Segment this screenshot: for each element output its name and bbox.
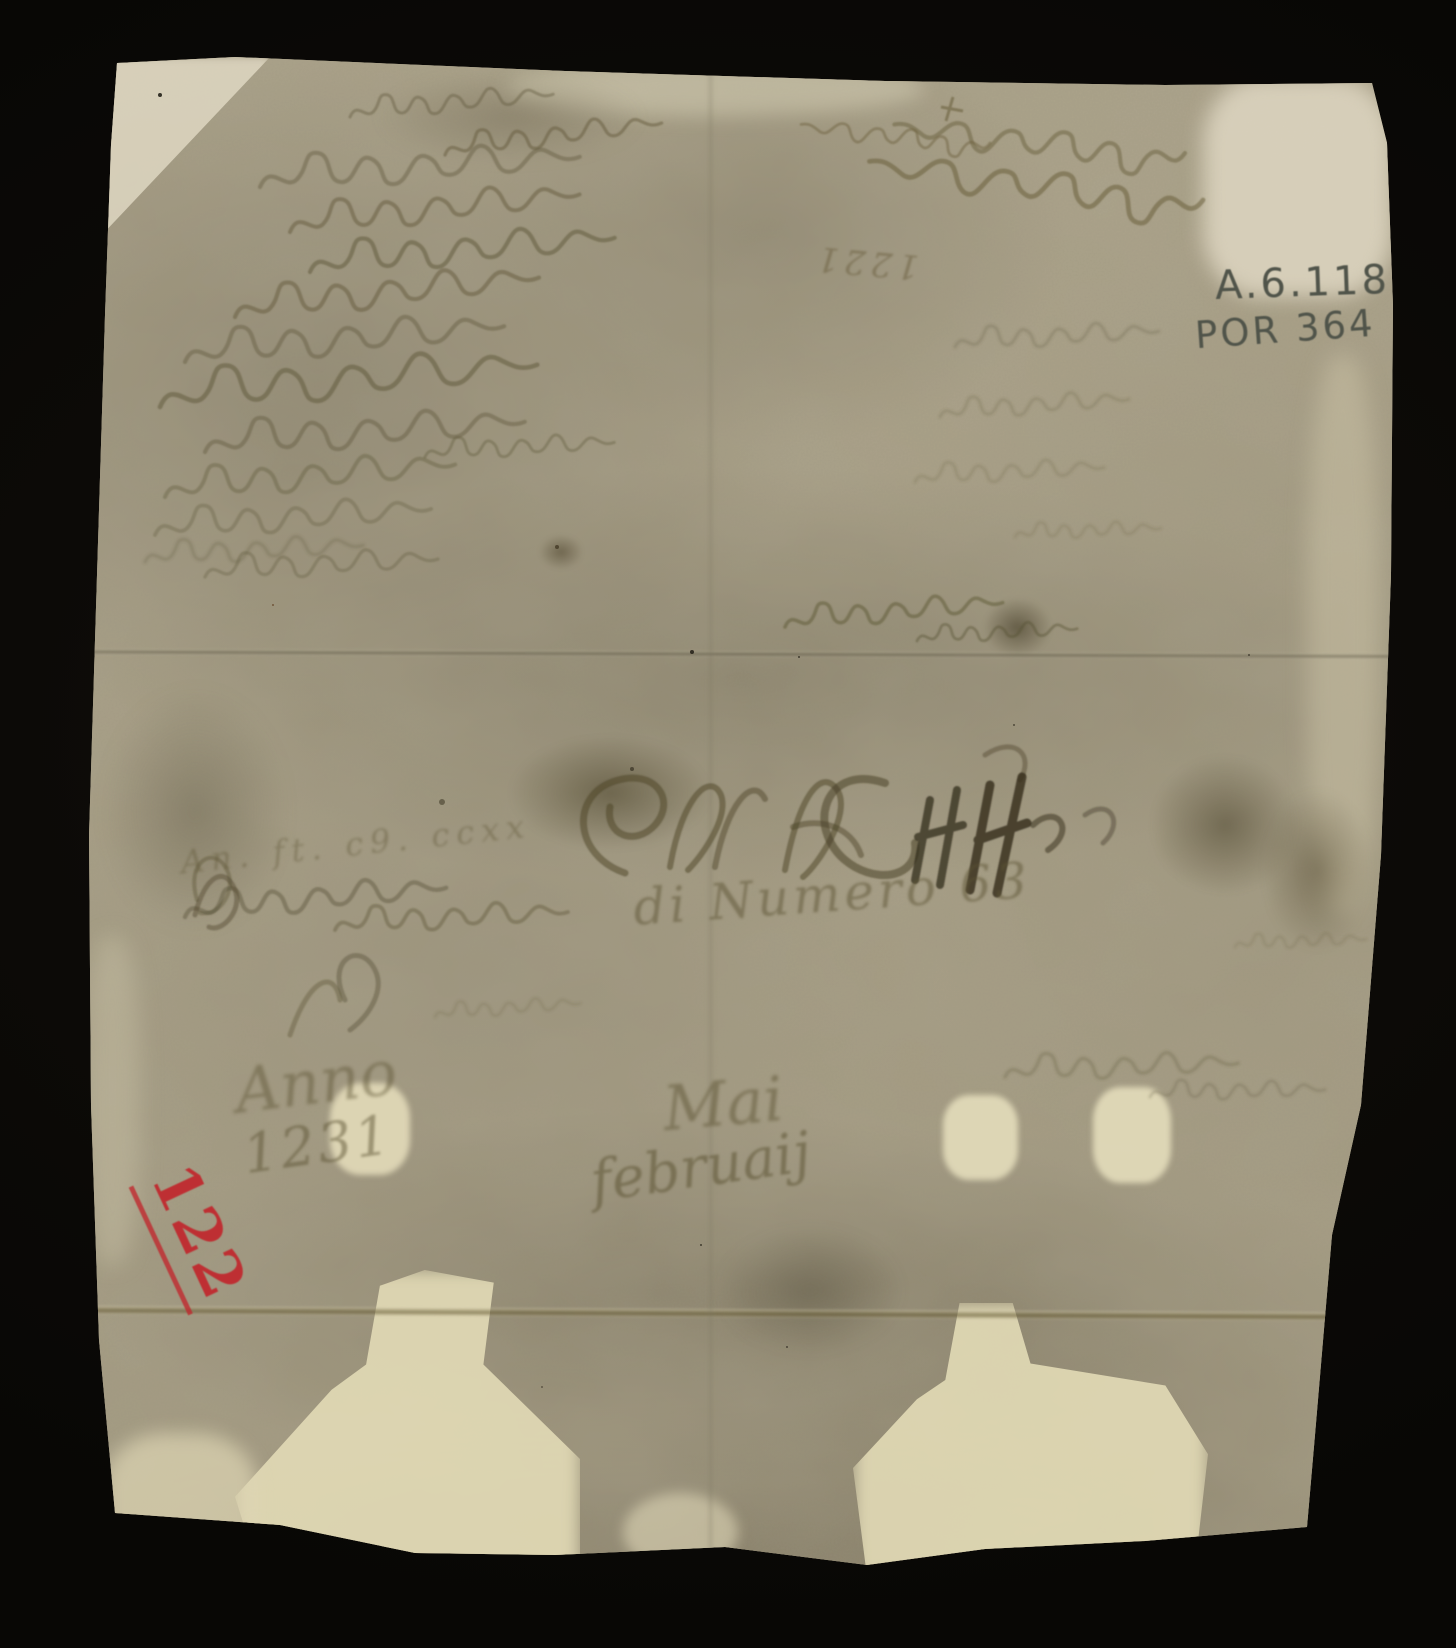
- fold-crease-horizontal-upper: [85, 649, 1395, 660]
- light-patch-top-left-corner: [100, 57, 270, 237]
- red-archive-number: 122: [129, 1153, 263, 1316]
- parchment-grain-texture: [85, 55, 1395, 1570]
- month-line2-text: februaij: [587, 1120, 815, 1215]
- ink-stain-mid: [980, 595, 1055, 660]
- fold-crease-horizontal-lower: [85, 1306, 1395, 1322]
- inverted-year-note-text: 1221: [811, 238, 921, 287]
- fly-specks: [85, 55, 89, 59]
- faded-top-line-text: An. ft. c9. ccxx: [179, 807, 533, 882]
- light-patch-top-right-corner: [1203, 77, 1393, 297]
- ink-stain-center-right: [1145, 750, 1305, 900]
- anno-year-text: 1231: [239, 1103, 396, 1186]
- archive-photo-background: An. ft. c9. ccxx di Numero 63 Anno 1231 …: [0, 0, 1456, 1648]
- light-patch-small-a: [330, 1083, 410, 1175]
- numero-line-text: di Numero 63: [631, 851, 1032, 937]
- fold-crease-vertical: [708, 55, 713, 1570]
- ink-stain-center-left: [505, 733, 715, 853]
- light-patch-bottom-left-corner: [103, 1433, 258, 1571]
- pencil-shelfmark-line1: A.6.118: [1214, 257, 1390, 309]
- parchment-document-verso: An. ft. c9. ccxx di Numero 63 Anno 1231 …: [85, 55, 1395, 1570]
- light-patch-top-edge: [505, 61, 925, 116]
- ink-stain-small: [537, 533, 585, 571]
- pencil-shelfmark-line2: POR 364: [1194, 302, 1377, 357]
- anno-word-text: Anno: [231, 1035, 401, 1127]
- light-patch-bottom-small: [623, 1493, 738, 1571]
- ink-stain-right-edge: [1260, 785, 1375, 955]
- light-patch-bottom-left: [235, 1270, 580, 1585]
- light-patch-right-edge: [1307, 355, 1379, 915]
- stain-left-mid: [100, 685, 290, 935]
- faded-ink-scribbles: [85, 55, 1395, 1570]
- stain-top-edge: [375, 70, 645, 165]
- light-patch-bottom-right: [853, 1303, 1208, 1578]
- stain-bottom-center: [715, 1225, 905, 1355]
- light-patch-small-c: [1093, 1087, 1171, 1183]
- month-line1-text: Mai: [660, 1062, 786, 1145]
- light-patch-small-b: [943, 1095, 1018, 1180]
- light-patch-left-edge: [85, 935, 140, 1265]
